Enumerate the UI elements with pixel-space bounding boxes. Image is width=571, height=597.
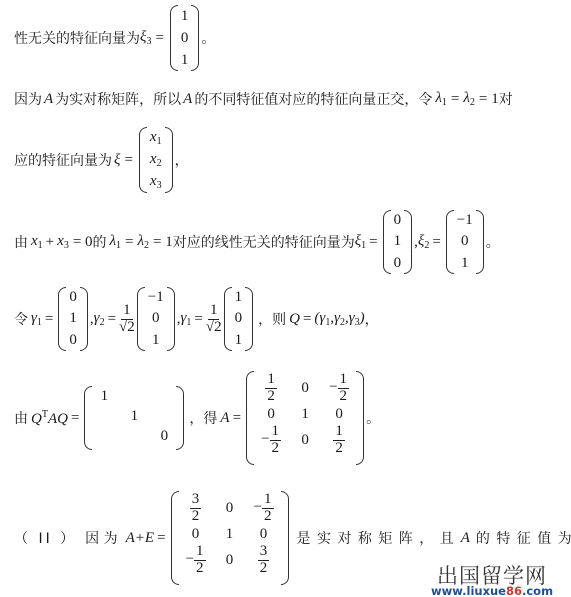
line-symmetric-matrix: 因为 A 为实对称矩阵，所以 A 的不同特征值对应的特征向量正交，令 λ1 = …	[14, 88, 513, 110]
line-diagonalization: 由 QTAQ = 1 1 0 ，得 A = 12 0 −12 010 −12 0…	[14, 370, 380, 466]
xi-symbol: ξ3	[140, 29, 151, 47]
diagonal-matrix: 1 1 0	[84, 386, 184, 450]
vector-xi3: 1 0 1	[170, 5, 200, 71]
vector-xi: x1 x2 x3	[139, 127, 173, 193]
equals: =	[155, 30, 163, 47]
vector-xi2: −1 0 1	[446, 210, 484, 274]
matrix-A: 12 0 −12 010 −12 0 12	[246, 371, 364, 465]
vector-gamma1: 0 1 0	[58, 287, 88, 351]
text: 性无关的特征向量为	[14, 28, 140, 48]
line-xi3-vector: 性无关的特征向量为 ξ3 = 1 0 1 。	[14, 4, 215, 72]
line-gamma-vectors: 令 γ1 = 0 1 0 , γ2 = 1 √2 −1 0 1 , γ1 = 1…	[14, 285, 379, 353]
matrix-A-plus-E: 32 0 −12 010 −12 0 32	[171, 491, 289, 585]
watermark-url: www.liuxue86.com	[431, 584, 553, 597]
vector-xi1: 0 1 0	[383, 210, 413, 274]
vector-gamma2: −1 0 1	[137, 287, 175, 351]
line-xi1-xi2: 由 x1 + x3 = 0 的 λ1 = λ2 = 1 对应的线性无关的特征向量…	[14, 208, 500, 276]
vector-gamma3: 1 0 1	[224, 287, 254, 351]
period: 。	[201, 28, 215, 48]
fraction-1-sqrt2: 1 √2	[119, 303, 135, 336]
fraction-1-sqrt2: 1 √2	[206, 303, 222, 336]
line-xi-vector: 应的特征向量为 ξ = x1 x2 x3 ，	[14, 126, 189, 194]
